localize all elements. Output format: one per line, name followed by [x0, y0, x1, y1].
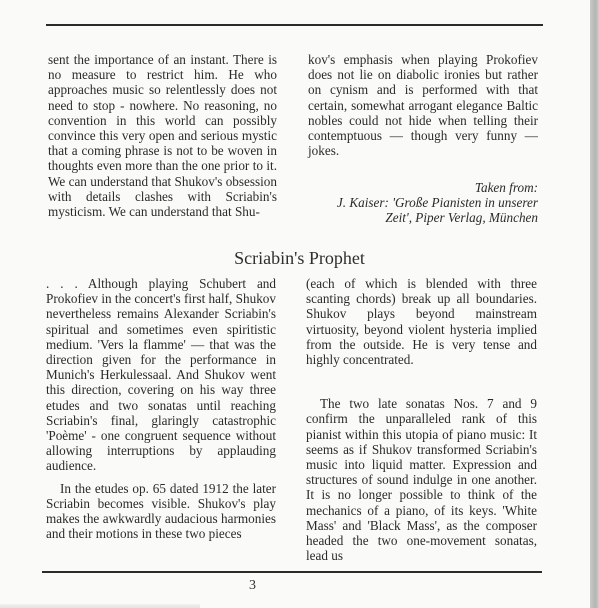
citation: Taken from: J. Kaiser: 'Große Pianisten … [308, 180, 538, 226]
section-left-column: . . . Although playing Schubert and Prok… [46, 276, 276, 541]
page-edge [590, 0, 599, 608]
continued-text-right: kov's emphasis when playing Prokofiev do… [308, 52, 538, 158]
top-right-column: kov's emphasis when playing Prokofiev do… [308, 52, 538, 158]
citation-line-3: Zeit', Piper Verlag, München [308, 210, 538, 225]
paragraph: The two late sonatas Nos. 7 and 9 confir… [306, 396, 537, 563]
page-number: 3 [0, 578, 505, 594]
continued-text-left: sent the importance of an instant. There… [48, 52, 277, 219]
bottom-rule [42, 571, 542, 573]
top-rule [46, 24, 543, 26]
citation-line-2: J. Kaiser: 'Große Pianisten in unserer [308, 195, 538, 210]
paragraph: . . . Although playing Schubert and Prok… [46, 276, 276, 474]
citation-line-1: Taken from: [308, 180, 538, 195]
paragraph: In the etudes op. 65 dated 1912 the late… [46, 481, 276, 542]
top-left-column: sent the importance of an instant. There… [48, 52, 277, 219]
section-right-column: (each of which is blended with three sca… [306, 276, 537, 563]
page-shadow [0, 604, 200, 608]
paragraph: (each of which is blended with three sca… [306, 276, 537, 367]
section-title: Scriabin's Prophet [0, 247, 599, 269]
